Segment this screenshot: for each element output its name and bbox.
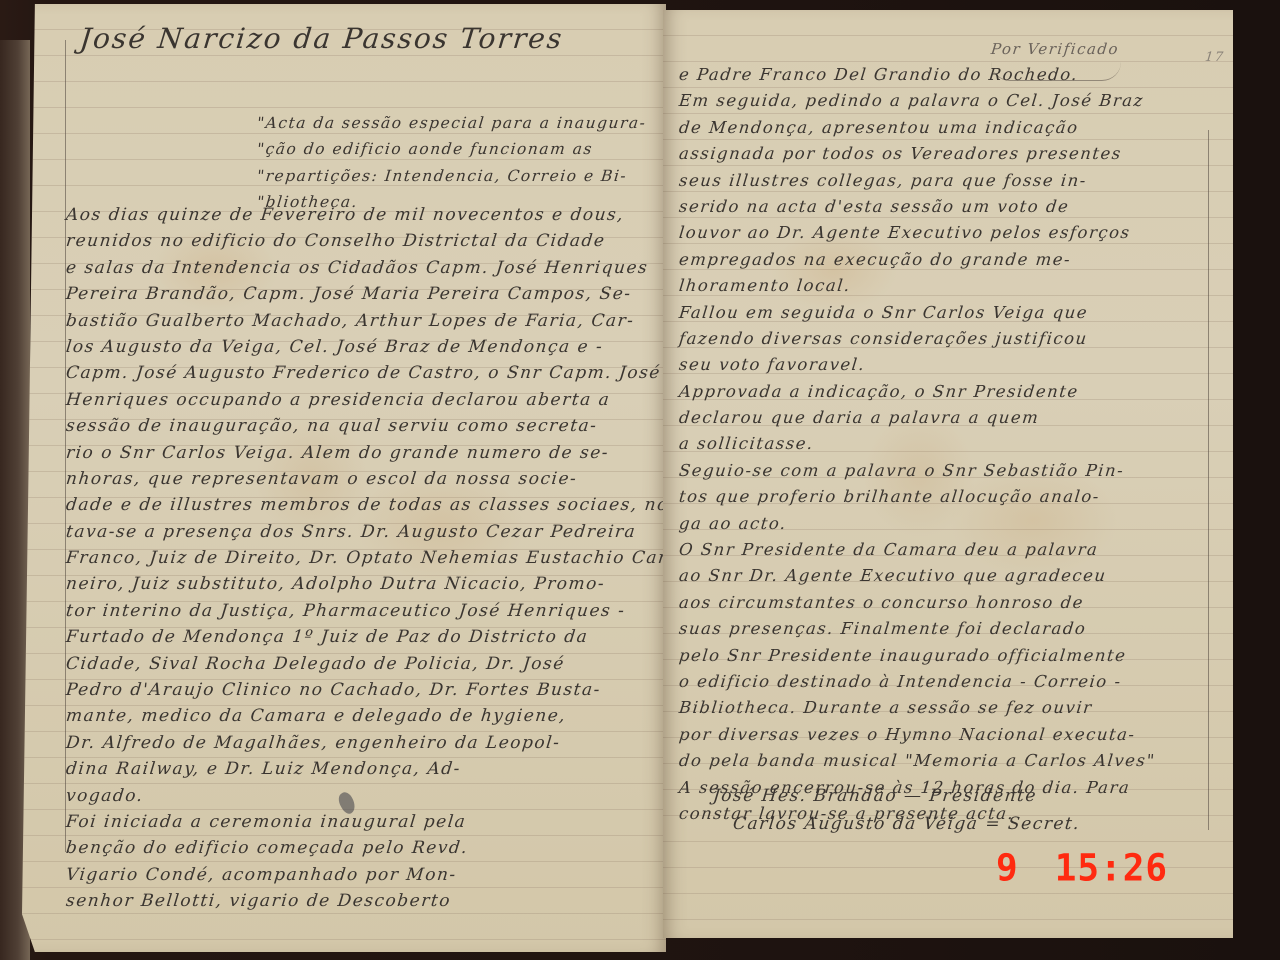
page-title-name: José Narcizo da Passos Torres bbox=[78, 22, 565, 55]
text-line: lhoramento local. bbox=[678, 273, 1157, 299]
verification-note: Por Verificado bbox=[990, 40, 1120, 58]
text-line: rio o Snr Carlos Veiga. Alem do grande n… bbox=[65, 440, 678, 466]
text-line: Vigario Condé, acompanhado por Mon- bbox=[65, 862, 678, 888]
text-line: nhoras, que representavam o escol da nos… bbox=[65, 466, 678, 492]
text-line: Franco, Juiz de Direito, Dr. Optato Nehe… bbox=[65, 545, 678, 571]
text-line: a sollicitasse. bbox=[678, 431, 1157, 457]
right-margin-rule bbox=[1208, 130, 1209, 830]
timestamp-time: 15:26 bbox=[1055, 847, 1168, 890]
text-line: Aos dias quinze de Fevereiro de mil nove… bbox=[65, 202, 678, 228]
text-line: tos que proferio brilhante allocução ana… bbox=[678, 484, 1157, 510]
text-line: Pedro d'Araujo Clinico no Cachado, Dr. F… bbox=[65, 677, 678, 703]
text-line: de Mendonça, apresentou uma indicação bbox=[678, 115, 1157, 141]
text-line: Capm. José Augusto Frederico de Castro, … bbox=[65, 360, 678, 386]
text-line: serido na acta d'esta sessão um voto de bbox=[678, 194, 1157, 220]
signature-president: José Hes. Brandão — Presidente bbox=[712, 782, 1082, 810]
heading-line: "ção do edificio aonde funcionam as bbox=[256, 136, 648, 162]
text-line: Approvada a indicação, o Snr Presidente bbox=[678, 379, 1157, 405]
text-line: los Augusto da Veiga, Cel. José Braz de … bbox=[65, 334, 678, 360]
text-line: pelo Snr Presidente inaugurado officialm… bbox=[678, 643, 1157, 669]
text-line: benção do edificio começada pelo Revd. bbox=[65, 835, 678, 861]
text-line: empregados na execução do grande me- bbox=[678, 247, 1157, 273]
text-line: Cidade, Sival Rocha Delegado de Policia,… bbox=[65, 651, 678, 677]
text-line: Furtado de Mendonça 1º Juiz de Paz do Di… bbox=[65, 624, 678, 650]
signature-secretary: Carlos Augusto da Veiga = Secret. bbox=[712, 810, 1082, 838]
camera-timestamp: 915:26 bbox=[996, 847, 1168, 890]
text-line: dade e de illustres membros de todas as … bbox=[65, 492, 678, 518]
text-line: bastião Gualberto Machado, Arthur Lopes … bbox=[65, 308, 678, 334]
timestamp-day: 9 bbox=[996, 847, 1019, 890]
right-page: Por Verificado 17 e Padre Franco Del Gra… bbox=[663, 10, 1233, 938]
text-line: Dr. Alfredo de Magalhães, engenheiro da … bbox=[65, 730, 678, 756]
text-line: assignada por todos os Vereadores presen… bbox=[678, 141, 1157, 167]
text-line: tava-se a presença dos Snrs. Dr. Augusto… bbox=[65, 519, 678, 545]
text-line: Pereira Brandão, Capm. José Maria Pereir… bbox=[65, 281, 678, 307]
text-line: e Padre Franco Del Grandio do Rochedo. bbox=[678, 62, 1157, 88]
left-body-text: Aos dias quinze de Fevereiro de mil nove… bbox=[66, 202, 676, 915]
text-line: e salas da Intendencia os Cidadãos Capm.… bbox=[65, 255, 678, 281]
text-line: dina Railway, e Dr. Luiz Mendonça, Ad- bbox=[65, 756, 678, 782]
text-line: ga ao acto. bbox=[678, 511, 1157, 537]
text-line: Fallou em seguida o Snr Carlos Veiga que bbox=[678, 300, 1157, 326]
text-line: Foi iniciada a ceremonia inaugural pela bbox=[65, 809, 678, 835]
signature-block: José Hes. Brandão — Presidente Carlos Au… bbox=[713, 782, 1080, 838]
text-line: suas presenças. Finalmente foi declarado bbox=[678, 616, 1157, 642]
text-line: declarou que daria a palavra a quem bbox=[678, 405, 1157, 431]
text-line: do pela banda musical "Memoria a Carlos … bbox=[678, 748, 1157, 774]
text-line: senhor Bellotti, vigario de Descoberto bbox=[65, 888, 678, 914]
text-line: mante, medico da Camara e delegado de hy… bbox=[65, 703, 678, 729]
text-line: por diversas vezes o Hymno Nacional exec… bbox=[678, 722, 1157, 748]
page-number: 17 bbox=[1205, 50, 1226, 65]
text-line: vogado. bbox=[65, 783, 678, 809]
text-line: aos circumstantes o concurso honroso de bbox=[678, 590, 1157, 616]
text-line: tor interino da Justiça, Pharmaceutico J… bbox=[65, 598, 678, 624]
text-line: Bibliotheca. Durante a sessão se fez ouv… bbox=[678, 695, 1157, 721]
text-line: louvor ao Dr. Agente Executivo pelos esf… bbox=[678, 220, 1157, 246]
text-line: Henriques occupando a presidencia declar… bbox=[65, 387, 678, 413]
left-page: José Narcizo da Passos Torres "Acta da s… bbox=[22, 4, 666, 952]
text-line: ao Snr Dr. Agente Executivo que agradece… bbox=[678, 563, 1157, 589]
right-body-text: e Padre Franco Del Grandio do Rochedo. E… bbox=[679, 62, 1155, 827]
text-line: Em seguida, pedindo a palavra o Cel. Jos… bbox=[678, 88, 1157, 114]
text-line: seus illustres collegas, para que fosse … bbox=[678, 168, 1157, 194]
heading-line: "repartições: Intendencia, Correio e Bi- bbox=[256, 163, 648, 189]
text-line: fazendo diversas considerações justifico… bbox=[678, 326, 1157, 352]
text-line: sessão de inauguração, na qual serviu co… bbox=[65, 413, 678, 439]
heading-line: "Acta da sessão especial para a inaugura… bbox=[256, 110, 648, 136]
text-line: Seguio-se com a palavra o Snr Sebastião … bbox=[678, 458, 1157, 484]
text-line: O Snr Presidente da Camara deu a palavra bbox=[678, 537, 1157, 563]
text-line: o edificio destinado à Intendencia - Cor… bbox=[678, 669, 1157, 695]
text-line: reunidos no edificio do Conselho Distric… bbox=[65, 228, 678, 254]
text-line: neiro, Juiz substituto, Adolpho Dutra Ni… bbox=[65, 571, 678, 597]
text-line: seu voto favoravel. bbox=[678, 352, 1157, 378]
minutes-heading: "Acta da sessão especial para a inaugura… bbox=[257, 110, 646, 216]
